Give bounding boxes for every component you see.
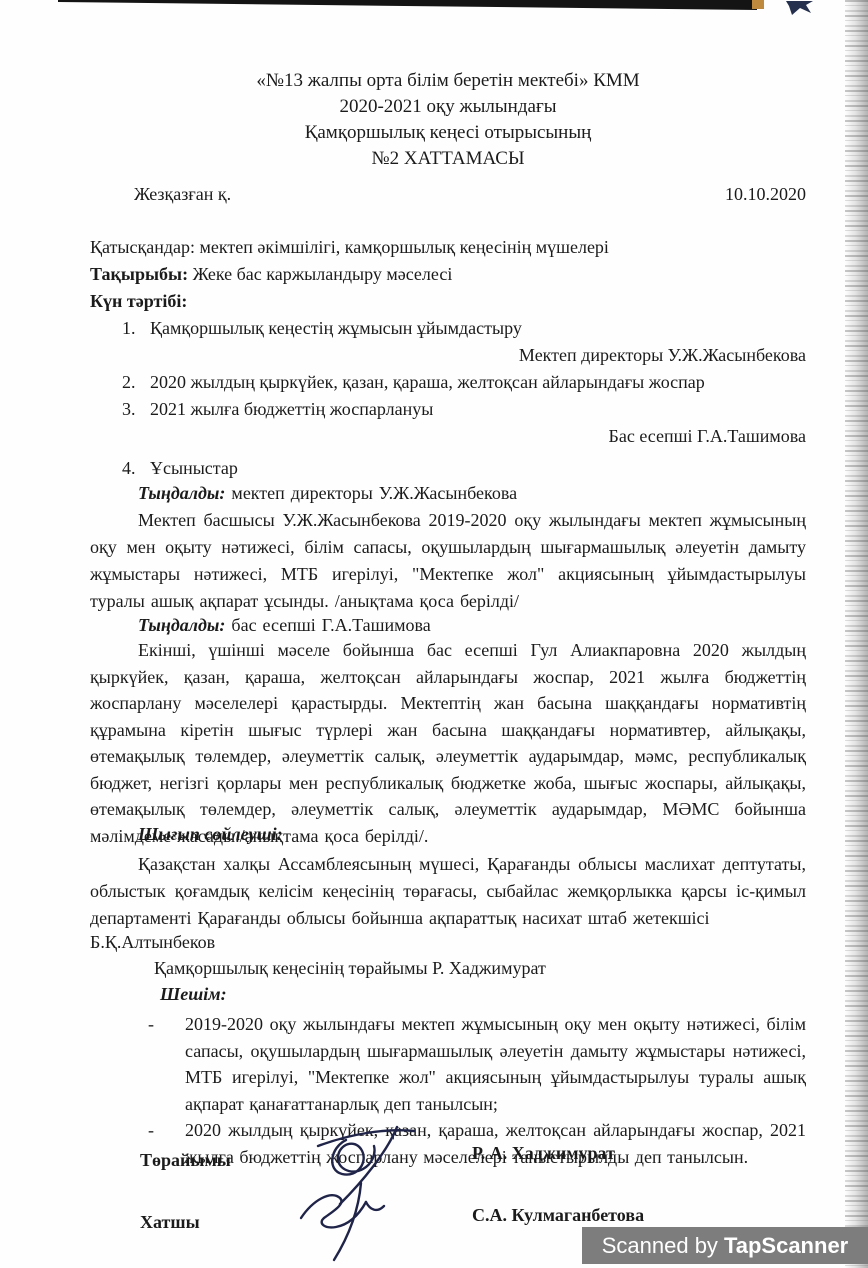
decision-list: - 2019-2020 оқу жылындағы мектеп жұмысын… [90, 1011, 806, 1170]
meta-block: Қатысқандар: мектеп әкімшілігі, камқоршы… [90, 234, 806, 315]
heard-text: бас есепші Г.А.Ташимова [225, 615, 430, 635]
scan-top-edge-artifact [0, 0, 868, 18]
title-line-org: «№13 жалпы орта білім беретін мектебі» К… [90, 68, 806, 94]
decision-item-1: - 2019-2020 оқу жылындағы мектеп жұмысын… [90, 1011, 806, 1117]
secretary-signature-ink [293, 1176, 405, 1264]
chairwoman-line: Қамқоршылық кеңесінің төрайымы Р. Хаджим… [90, 958, 868, 979]
heard-label: Тыңдалды: [138, 483, 225, 503]
watermark-brand: TapScanner [724, 1233, 848, 1259]
participants-label: Қатысқандар: [90, 237, 195, 257]
agenda-item-text: Қамқоршылық кеңестің жұмысын ұйымдастыру [150, 315, 522, 342]
heard-line-2: Тыңдалды: бас есепші Г.А.Ташимова [90, 612, 806, 639]
title-line-year: 2020-2021 оқу жылындағы [90, 94, 806, 120]
agenda-list: 1. Қамқоршылық кеңестің жұмысын ұйымдаст… [90, 315, 806, 482]
decision-item-text: 2019-2020 оқу жылындағы мектеп жұмысының… [185, 1011, 806, 1117]
signature-name-chairwoman: Р. А. Хаджимурат [472, 1143, 615, 1164]
heard-label: Тыңдалды: [138, 615, 225, 635]
watermark-prefix: Scanned by [602, 1233, 718, 1259]
agenda-item-text: 2020 жылдың қыркүйек, қазан, қараша, жел… [150, 369, 705, 396]
scan-right-edge-noise [845, 0, 868, 1268]
decision-item-marker: - [148, 1011, 185, 1117]
agenda-item-4: 4. Ұсыныстар [90, 455, 806, 482]
city-date-row: Жезқазған қ. 10.10.2020 [90, 184, 806, 205]
agenda-item-number: 3. [122, 396, 150, 423]
topic-line: Тақырыбы: Жеке бас каржыландыру мәселесі [90, 261, 806, 288]
agenda-item-2: 2. 2020 жылдың қыркүйек, қазан, қараша, … [90, 369, 806, 396]
scanned-document-page: «№13 жалпы орта білім беретін мектебі» К… [0, 0, 868, 1268]
paragraph-accountant-report: Екінші, үшінші мәселе бойынша бас есепші… [90, 637, 806, 849]
agenda-item-number: 2. [122, 369, 150, 396]
agenda-attribution-accountant: Бас есепші Г.А.Ташимова [90, 423, 806, 450]
speaker-heading: Шығып сөйлеуші: [90, 824, 854, 845]
paragraph-speaker-description: Қазақстан халқы Ассамблеясының мүшесі, Қ… [90, 851, 806, 932]
agenda-item-text: 2021 жылға бюджеттің жоспарлануы [150, 396, 433, 423]
agenda-heading: Күн тәртібі: [90, 288, 806, 315]
paragraph-director-report: Мектеп басшысы У.Ж.Жасынбекова 2019-2020… [90, 507, 806, 615]
signature-name-secretary: С.А. Кулмаганбетова [472, 1205, 644, 1226]
heard-text: мектеп директоры У.Ж.Жасынбекова [225, 483, 517, 503]
agenda-attribution-director: Мектеп директоры У.Ж.Жасынбекова [90, 342, 806, 369]
document-title: «№13 жалпы орта білім беретін мектебі» К… [90, 68, 806, 172]
agenda-item-number: 4. [122, 455, 150, 482]
heard-line-1: Тыңдалды: мектеп директоры У.Ж.Жасынбеко… [90, 480, 806, 507]
agenda-item-text: Ұсыныстар [150, 455, 238, 482]
topic-label: Тақырыбы: [90, 264, 188, 284]
participants-line: Қатысқандар: мектеп әкімшілігі, камқоршы… [90, 234, 806, 261]
title-line-council: Қамқоршылық кеңесі отырысының [90, 120, 806, 146]
scan-orange-tab [752, 0, 764, 9]
agenda-item-3: 3. 2021 жылға бюджеттің жоспарлануы [90, 396, 806, 423]
tapscanner-watermark: Scanned by TapScanner [582, 1227, 868, 1264]
signature-role-secretary: Хатшы [140, 1212, 200, 1233]
agenda-item-number: 1. [122, 315, 150, 342]
scan-black-bar [58, 0, 757, 10]
signature-role-chairwoman: Төрайымы [140, 1150, 231, 1171]
scan-navy-ornament [786, 1, 813, 15]
decision-heading: Шешім: [90, 984, 868, 1005]
city-label: Жезқазған қ. [90, 184, 231, 205]
title-line-protocol-number: №2 ХАТТАМАСЫ [90, 146, 806, 172]
speaker-name: Б.Қ.Алтынбеков [90, 932, 806, 953]
participants-text: мектеп әкімшілігі, камқоршылық кеңесінің… [195, 237, 609, 257]
date-label: 10.10.2020 [725, 184, 806, 205]
agenda-item-1: 1. Қамқоршылық кеңестің жұмысын ұйымдаст… [90, 315, 806, 342]
topic-text: Жеке бас каржыландыру мәселесі [188, 264, 452, 284]
